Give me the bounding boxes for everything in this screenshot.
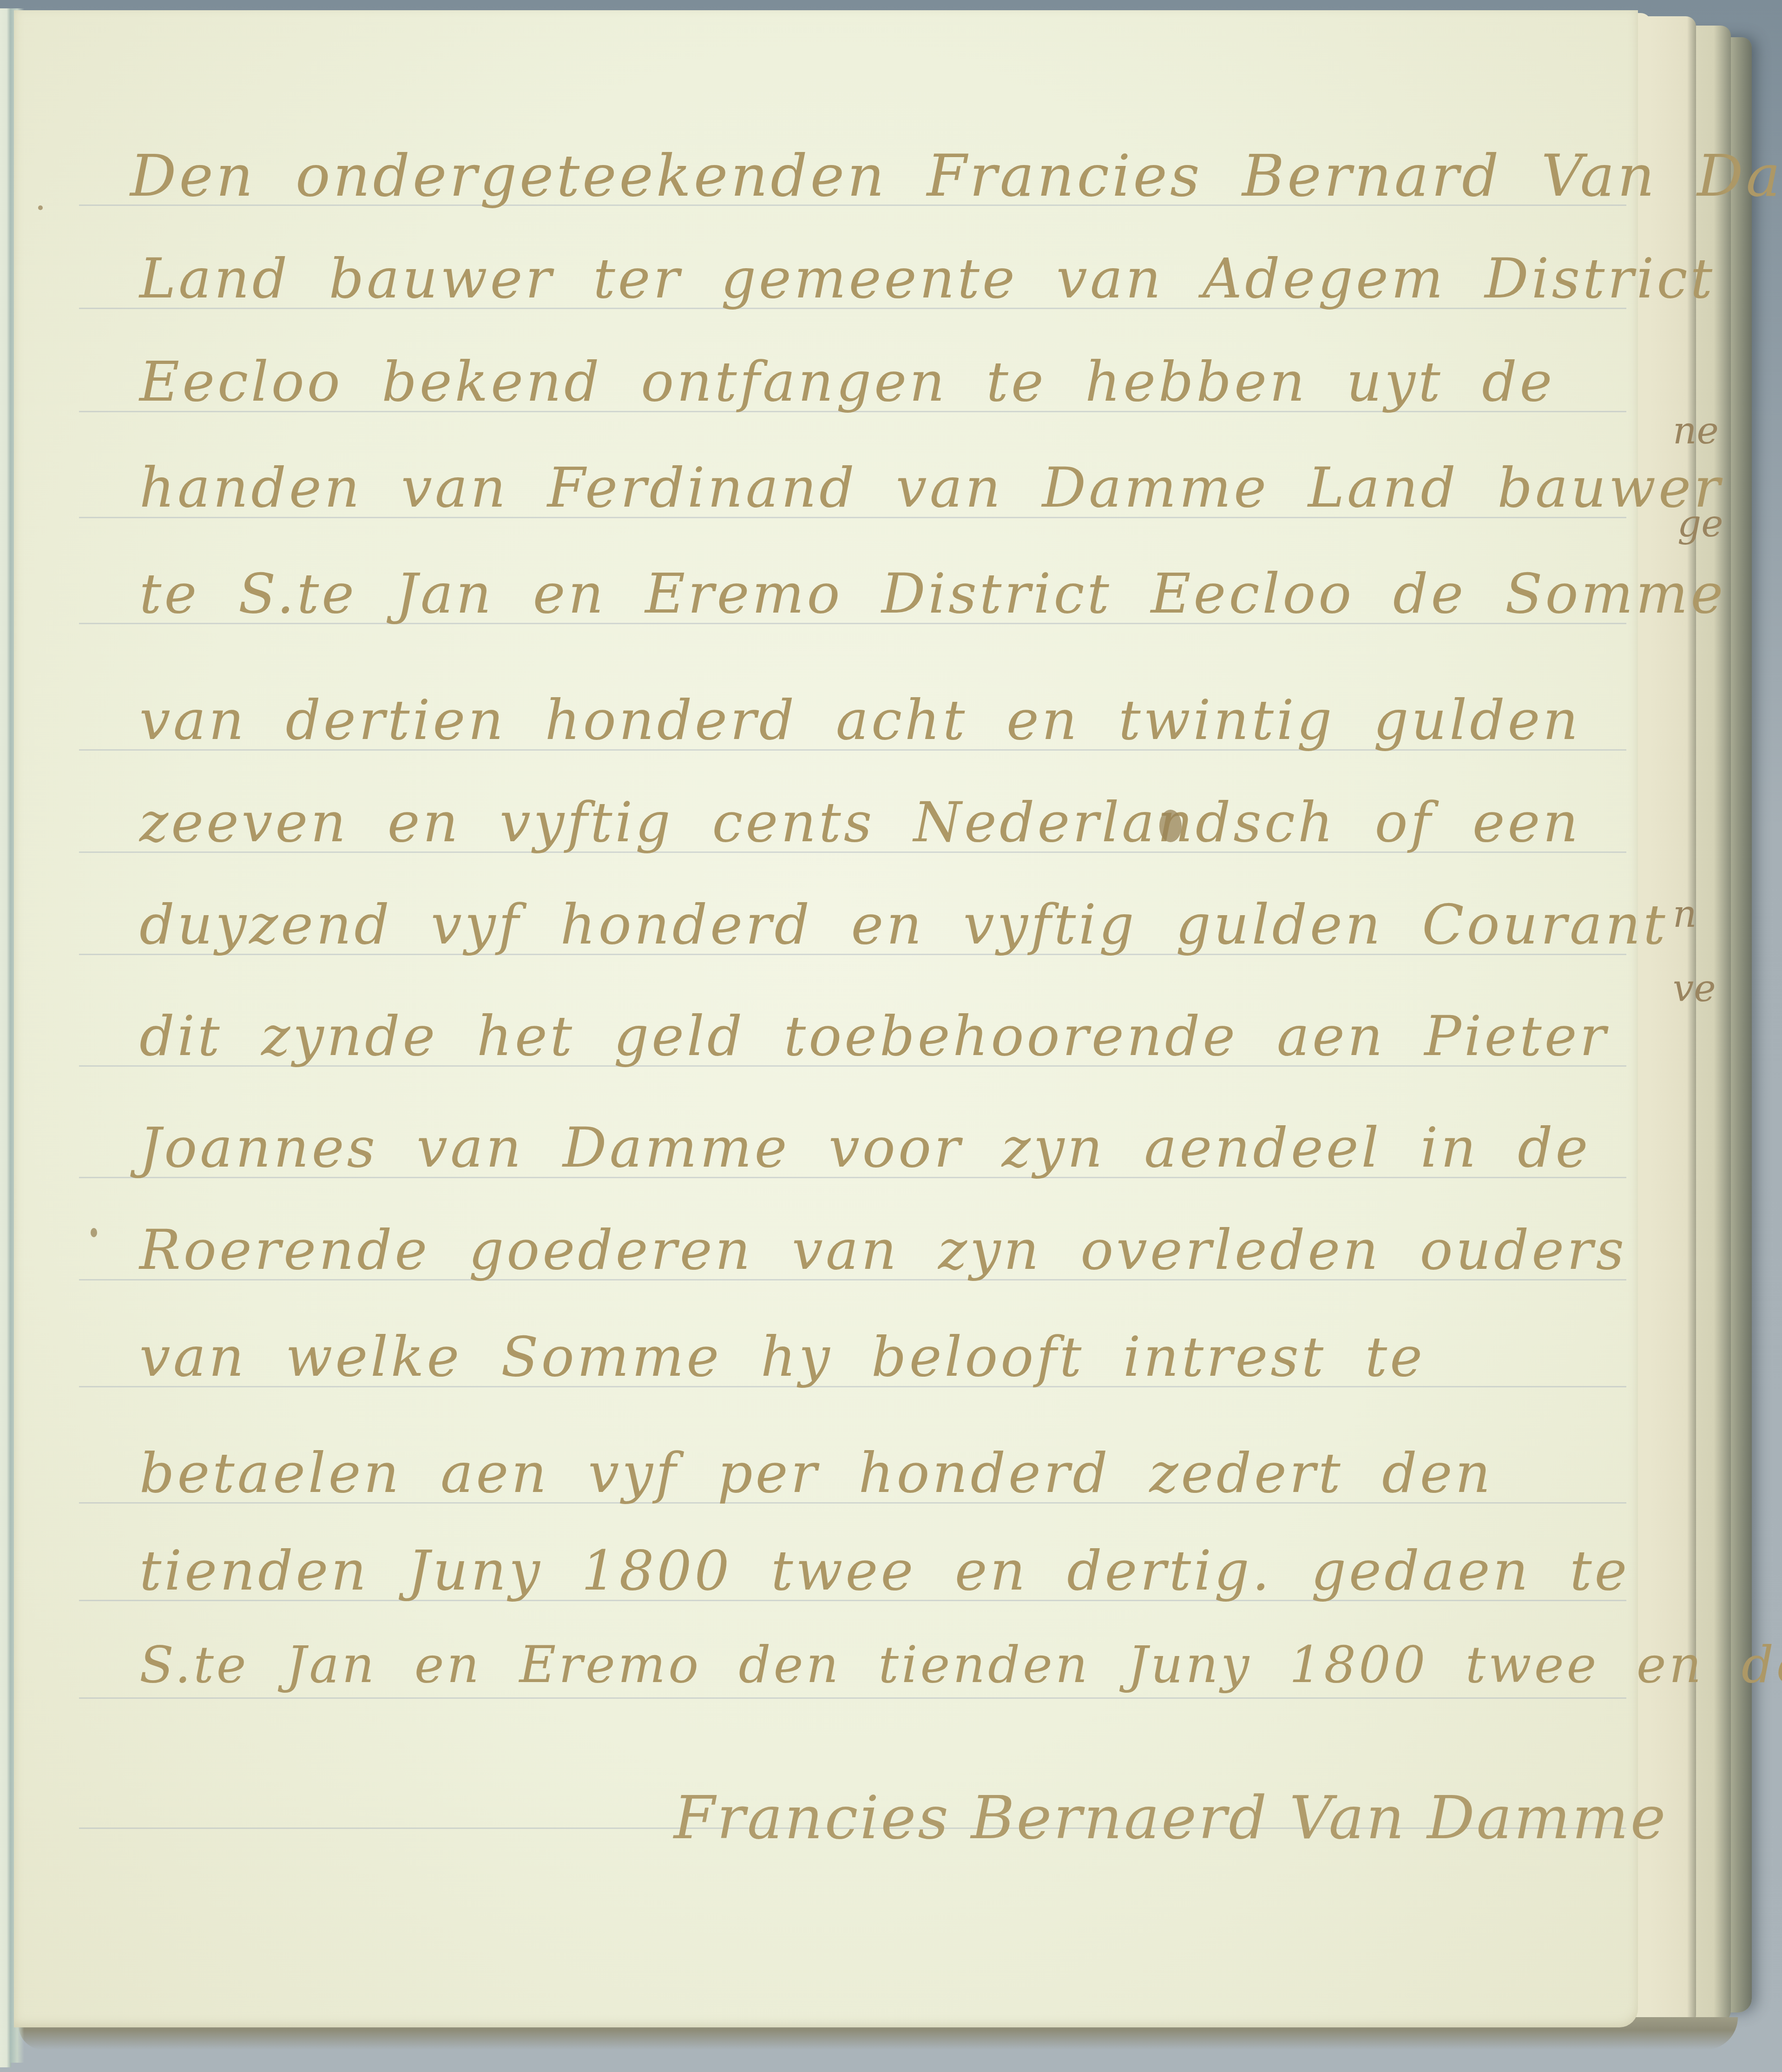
text-line-6: van dertien honderd acht en twintig guld… bbox=[139, 688, 1581, 752]
text-line-8: duyzend vyf honderd en vyftig gulden Cou… bbox=[139, 892, 1668, 957]
text-line-13: betaelen aen vyf per honderd zedert den bbox=[139, 1441, 1493, 1505]
text-line-3: Eecloo bekend ontfangen te hebben uyt de bbox=[139, 350, 1555, 414]
margin-fragment: ne bbox=[1673, 409, 1719, 452]
manuscript-page: Den ondergeteekenden Francies Bernard Va… bbox=[14, 10, 1638, 2027]
ink-speck bbox=[38, 205, 43, 210]
text-line-9: dit zynde het geld toebehoorende aen Pie… bbox=[139, 1004, 1609, 1068]
ink-speck bbox=[91, 1228, 97, 1237]
text-line-7: zeeven en vyftig cents Nederlandsch of e… bbox=[139, 790, 1581, 854]
facing-page-edge bbox=[0, 8, 11, 2067]
ink-blot bbox=[1159, 810, 1182, 842]
text-line-14: tienden Juny 1800 twee en dertig. gedaen… bbox=[139, 1538, 1630, 1603]
text-line-10: Joannes van Damme voor zyn aendeel in de bbox=[139, 1115, 1591, 1180]
text-line-2: Land bauwer ter gemeente van Adegem Dist… bbox=[139, 246, 1715, 310]
margin-fragment: n bbox=[1673, 892, 1697, 936]
text-line-15: S.te Jan en Eremo den tienden Juny 1800 … bbox=[139, 1636, 1782, 1694]
text-line-4: handen van Ferdinand van Damme Land bauw… bbox=[139, 455, 1723, 520]
text-line-11: Roerende goederen van zyn overleden oude… bbox=[139, 1218, 1627, 1282]
text-line-5: te S.te Jan en Eremo District Eecloo de … bbox=[139, 561, 1726, 626]
signature: Francies Bernaerd Van Damme bbox=[674, 1783, 1667, 1853]
text-line-12: van welke Somme hy belooft intrest te bbox=[139, 1325, 1425, 1389]
margin-fragment: ve bbox=[1673, 967, 1716, 1010]
rule-line bbox=[79, 1697, 1626, 1699]
text-line-1: Den ondergeteekenden Francies Bernard Va… bbox=[130, 143, 1782, 210]
